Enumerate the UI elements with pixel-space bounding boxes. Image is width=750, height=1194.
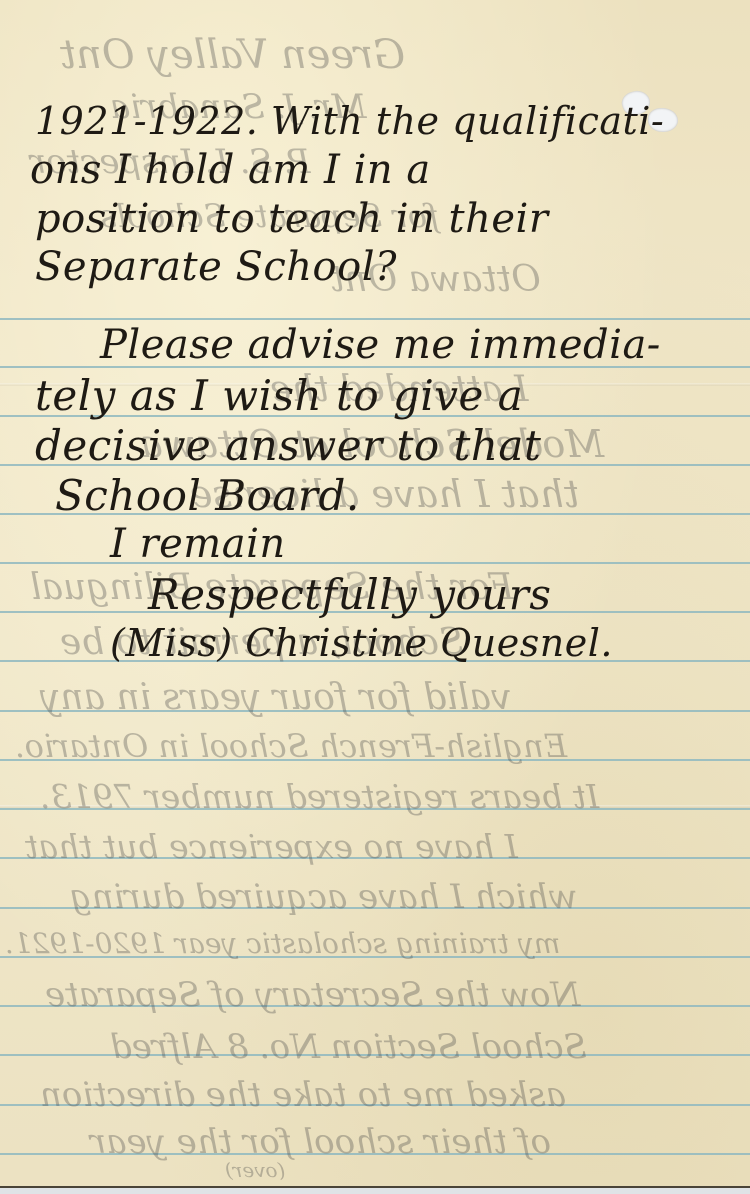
bleed-through-line: which I have acquired during	[70, 880, 577, 914]
bleed-through-line: Now the Secretary of Separate	[45, 978, 580, 1012]
letter-body-line: Please advise me immedia-	[100, 325, 661, 365]
letter-body-line: 1921-1922. With the qualificati-	[35, 102, 664, 140]
bleed-through-line: asked me to take the direction	[40, 1078, 566, 1112]
bleed-through-line: I have no experience but that	[25, 830, 518, 863]
bleed-through-line: School Section No. 8 Alfred	[110, 1030, 587, 1064]
scan-edge	[0, 1188, 750, 1194]
letter-body-line: School Board.	[55, 475, 360, 517]
bleed-through-line: English-French School in Ontario.	[15, 730, 567, 762]
bleed-through-line: (over)	[225, 1160, 285, 1180]
bleed-through-line: my training scholastic year 1920-1921.	[5, 930, 560, 958]
letter-body-line: ons I hold am I in a	[30, 150, 431, 190]
bleed-through-line: It bears registered number 7913.	[40, 780, 599, 813]
letter-body-line: I remain	[110, 524, 286, 564]
letter-closing: Respectfully yours	[148, 574, 551, 616]
letter-page: Green Valley Ont Mr. J. Sanabria P. S. I…	[0, 0, 750, 1188]
letter-body-line: tely as I wish to give a	[35, 375, 523, 417]
bleed-through-line: Green Valley Ont	[60, 35, 405, 75]
bleed-through-line: valid for four years in any	[40, 680, 511, 716]
letter-body-line: Separate School?	[35, 247, 397, 287]
letter-body-line: position to teach in their	[35, 199, 548, 239]
letter-body-line: decisive answer to that	[35, 425, 541, 467]
ruled-line	[0, 318, 750, 320]
bleed-through-line: of their school for the year	[90, 1125, 551, 1159]
letter-signature: (Miss) Christine Quesnel.	[110, 624, 613, 662]
